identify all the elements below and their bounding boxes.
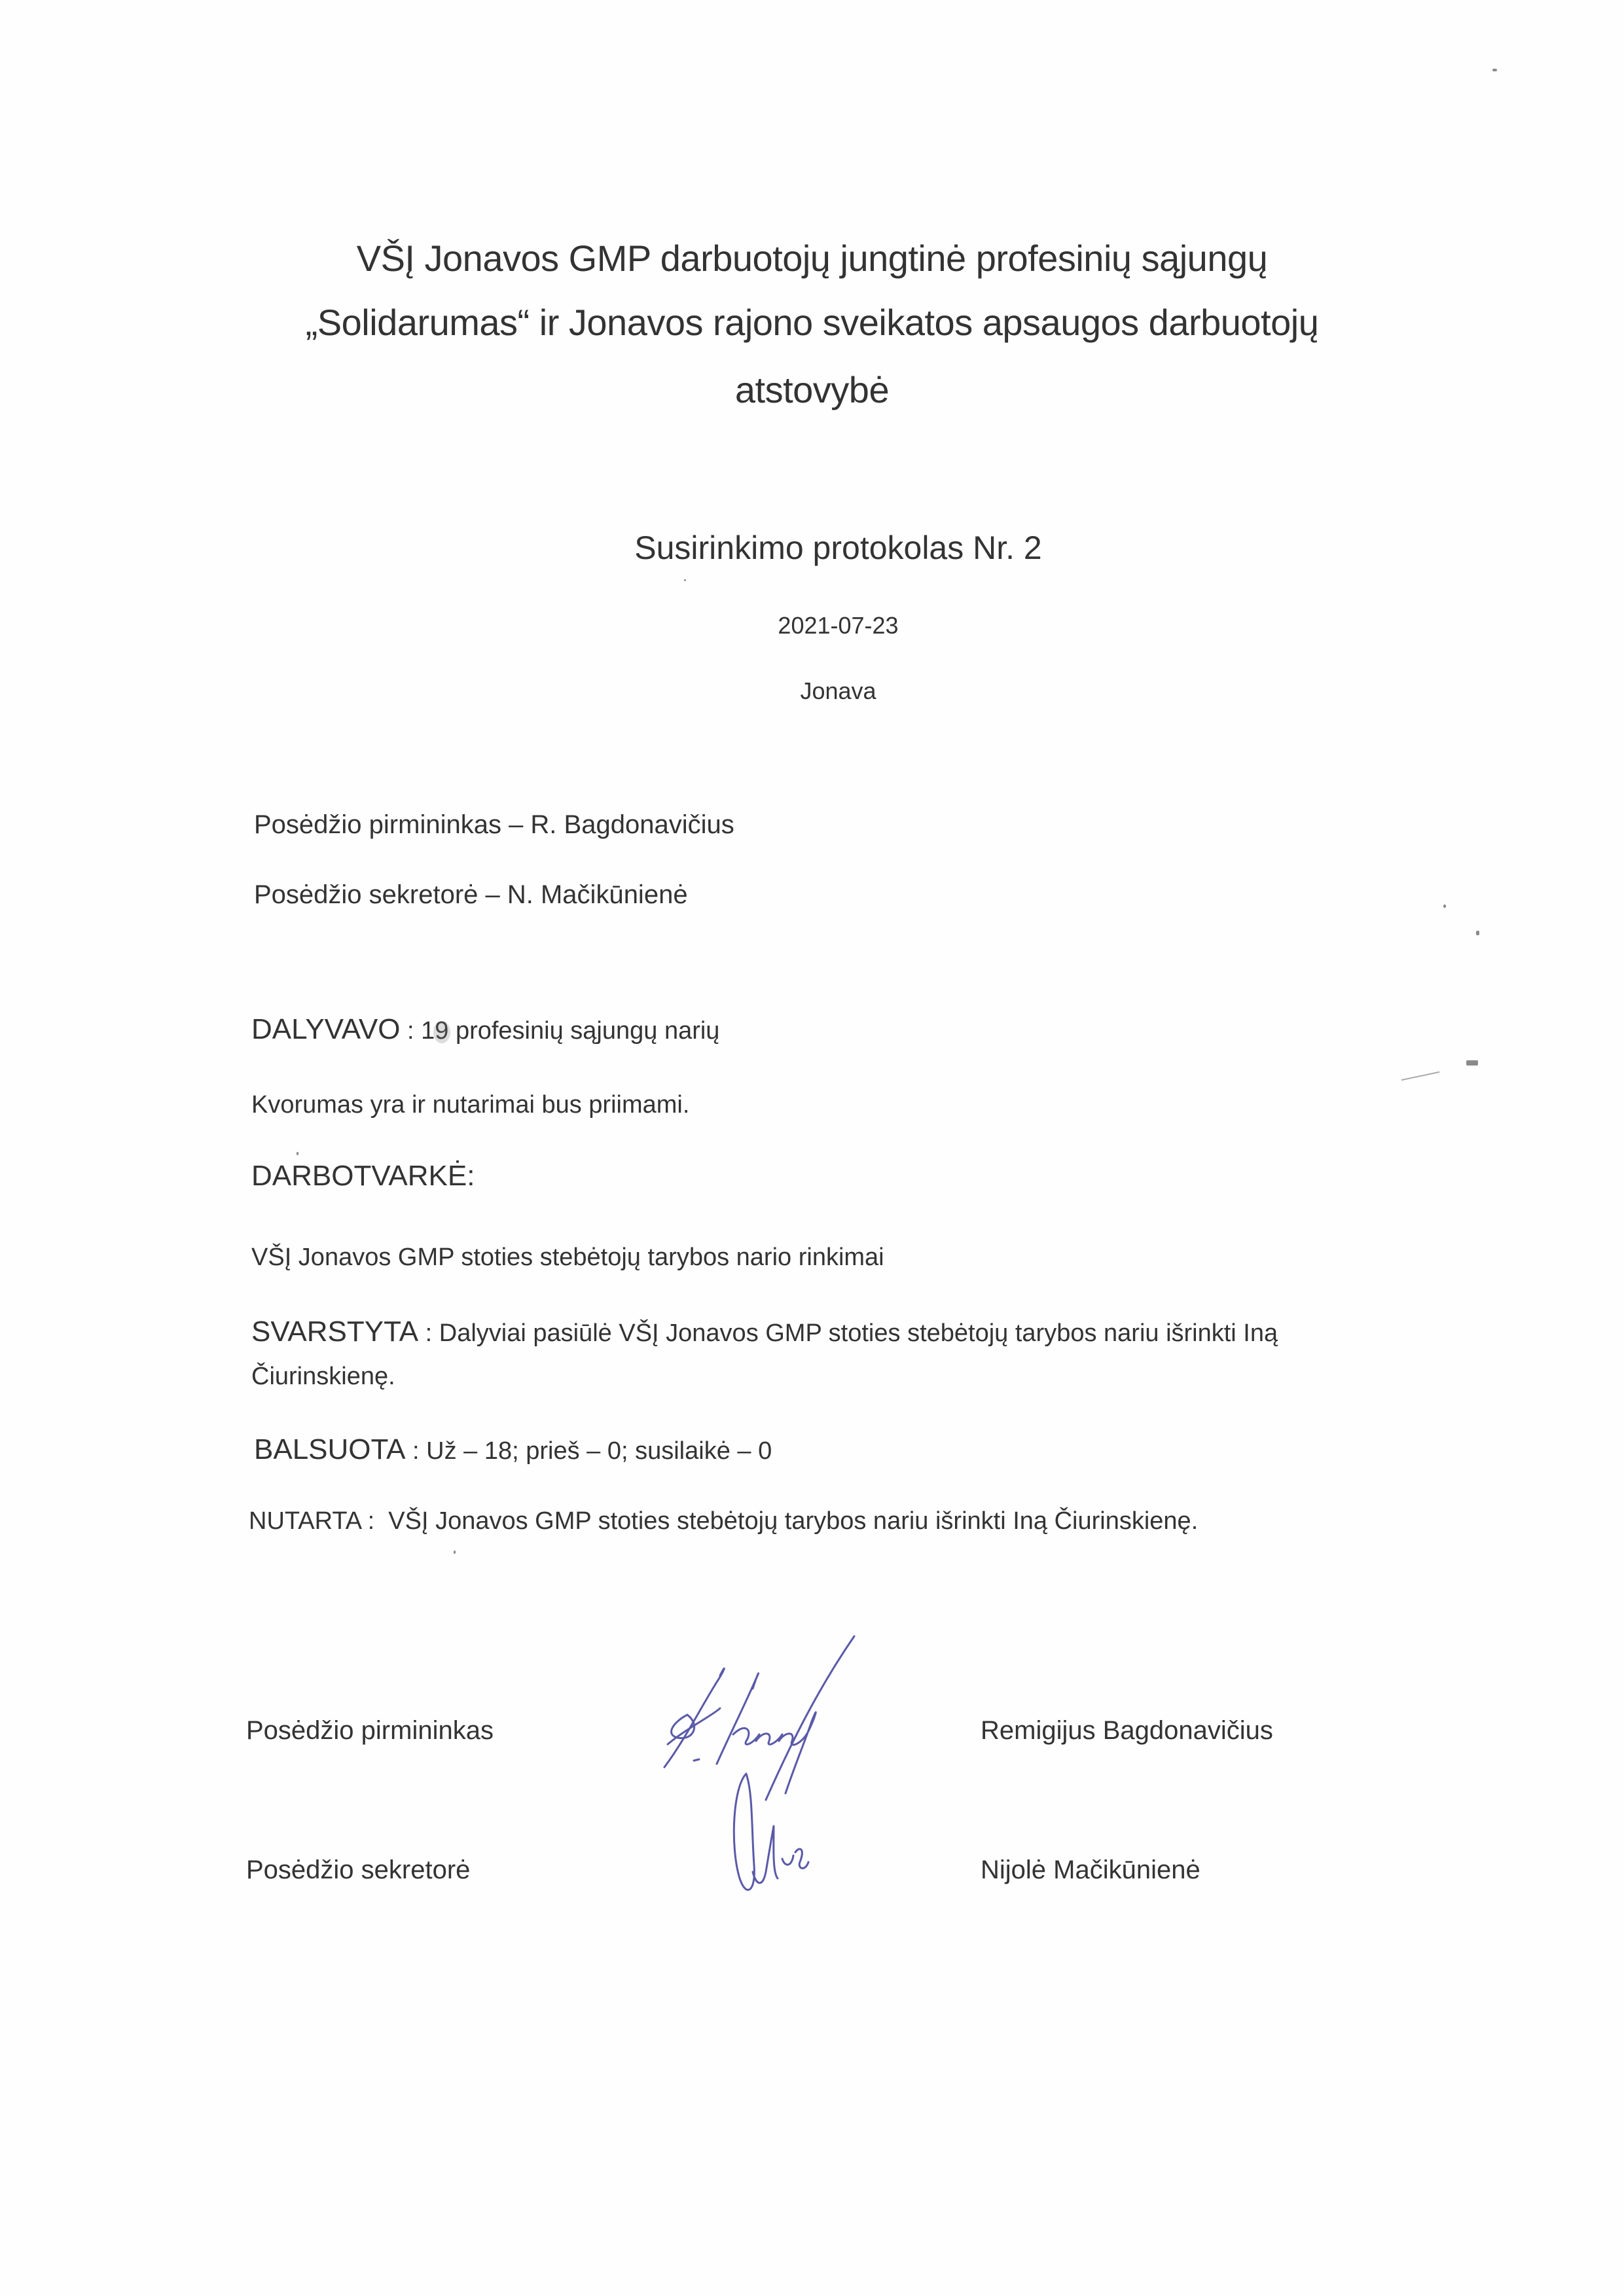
document-page: VŠĮ Jonavos GMP darbuotojų jungtinė prof… (0, 0, 1624, 2296)
attendance-separator: : (400, 1017, 421, 1045)
quorum-text: Kvorumas yra ir nutarimai bus priimami. (251, 1091, 689, 1119)
decision-text: VŠĮ Jonavos GMP stoties stebėtojų tarybo… (388, 1507, 1198, 1535)
decision-separator: : (361, 1507, 388, 1535)
decision-label: NUTARTA (249, 1507, 361, 1535)
attendance-text: profesinių sąjungų narių (448, 1017, 719, 1045)
voting-line: BALSUOTA : Už – 18; prieš – 0; susilaikė… (254, 1433, 772, 1466)
considered-text-continued: Čiurinskienę. (251, 1363, 395, 1391)
scan-speck (1466, 1060, 1478, 1066)
attendance-label: DALYVAVO (251, 1013, 400, 1045)
chairman-signature (664, 1636, 854, 1800)
org-title-line-3: atstovybė (0, 368, 1624, 411)
considered-separator: : (418, 1319, 439, 1347)
voting-separator: : (405, 1437, 426, 1465)
attendance-line: DALYVAVO : 19 profesinių sąjungų narių (251, 1013, 719, 1046)
signature-chairman-role: Posėdžio pirmininkas (246, 1716, 494, 1746)
scan-speck (297, 1152, 298, 1155)
voting-results: Už – 18; prieš – 0; susilaikė – 0 (426, 1437, 772, 1465)
secretary-line: Posėdžio sekretorė – N. Mačikūnienė (254, 880, 688, 910)
signature-secretary-name: Nijolė Mačikūnienė (981, 1856, 1200, 1885)
scan-speck (1443, 905, 1446, 908)
scan-speck (1401, 1071, 1439, 1081)
attendance-count-corrected-digit: 9 (435, 1017, 448, 1045)
considered-text: Dalyviai pasiūlė VŠĮ Jonavos GMP stoties… (439, 1319, 1278, 1347)
considered-label: SVARSTYTA (251, 1316, 418, 1348)
meeting-place: Jonava (0, 677, 1624, 705)
secretary-signature (734, 1774, 808, 1890)
handwritten-signatures (648, 1610, 988, 1911)
scan-speck (454, 1551, 456, 1554)
org-title-line-2: „Solidarumas“ ir Jonavos rajono sveikato… (0, 301, 1624, 344)
considered-line: SVARSTYTA : Dalyviai pasiūlė VŠĮ Jonavos… (251, 1316, 1278, 1348)
voting-label: BALSUOTA (254, 1433, 405, 1465)
scan-speck (1476, 931, 1479, 935)
attendance-count-prefix: 1 (421, 1017, 435, 1045)
scan-speck (684, 579, 686, 581)
scan-speck (1492, 69, 1497, 71)
agenda-item: VŠĮ Jonavos GMP stoties stebėtojų tarybo… (251, 1244, 884, 1272)
signature-chairman-name: Remigijus Bagdonavičius (981, 1716, 1273, 1746)
chairman-line: Posėdžio pirmininkas – R. Bagdonavičius (254, 810, 734, 840)
agenda-label: DARBOTVARKĖ: (251, 1160, 475, 1193)
decision-line: NUTARTA : VŠĮ Jonavos GMP stoties stebėt… (249, 1507, 1198, 1535)
meeting-date: 2021-07-23 (0, 612, 1624, 639)
org-title-line-1: VŠĮ Jonavos GMP darbuotojų jungtinė prof… (0, 237, 1624, 279)
signature-secretary-role: Posėdžio sekretorė (246, 1856, 470, 1885)
protocol-title: Susirinkimo protokolas Nr. 2 (0, 529, 1624, 567)
